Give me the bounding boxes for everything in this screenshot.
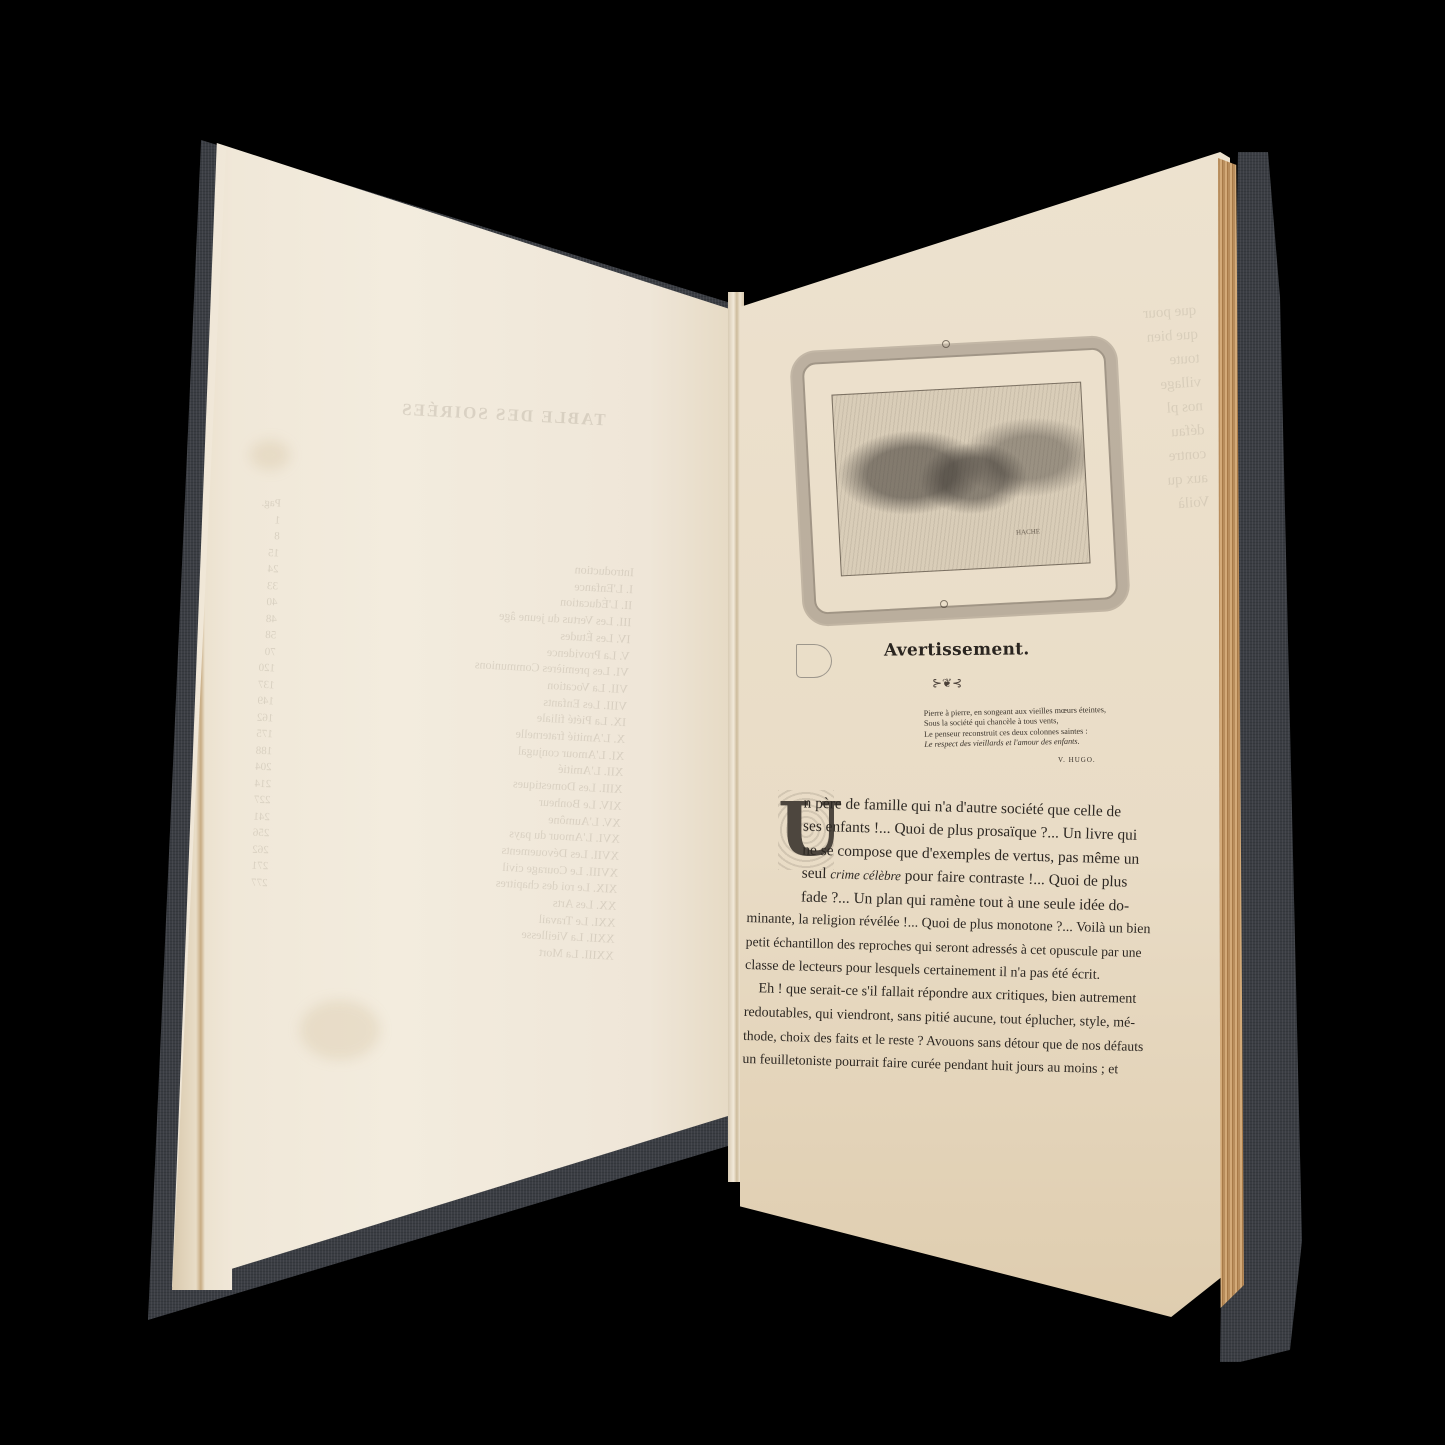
ornament-icon — [940, 600, 948, 608]
text-fragment: seul — [801, 865, 830, 883]
engraving-signature: HACHE — [1016, 527, 1041, 536]
engraving-illustration — [831, 382, 1090, 577]
epigraph: Pierre à pierre, en songeant aux vieille… — [924, 705, 1107, 750]
pencil-mark — [796, 644, 832, 678]
foxing-stain — [300, 1000, 380, 1060]
italic-fragment: crime célèbre — [830, 866, 901, 883]
foxing-stain — [250, 440, 290, 470]
page-heading: Avertissement. — [884, 639, 1030, 660]
epigraph-attribution: V. HUGO. — [1058, 756, 1096, 764]
body-text: n père de famille qui n'a d'autre sociét… — [742, 790, 1155, 1082]
bleed-through-entries: Introduction I. L'Enfance II. L'Éducatio… — [460, 556, 635, 964]
ornament-icon — [942, 340, 950, 348]
fleuron-icon: ⊱❦⊰ — [932, 676, 962, 690]
text-fragment: pour faire contraste !... Quoi de plus — [901, 867, 1128, 890]
